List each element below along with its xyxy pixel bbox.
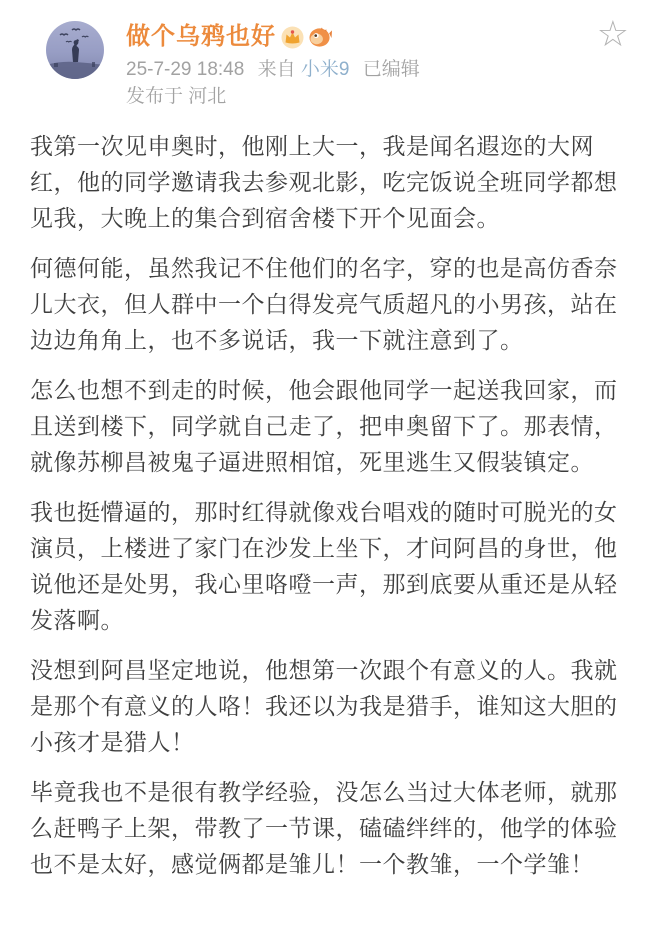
post-paragraph: 何德何能，虽然我记不住他们的名字，穿的也是高仿香奈儿大衣，但人群中一个白得发亮气…: [30, 250, 625, 358]
location-label: 河北: [188, 86, 226, 107]
post-content: 我第一次见申奥时，他刚上大一，我是闻名遐迩的大网红，他的同学邀请我去参观北影，吃…: [0, 108, 653, 882]
device-source-link[interactable]: 小米9: [301, 59, 350, 80]
post-meta: 25-7-29 18:48 来自 小米9 已编辑: [126, 59, 420, 81]
post-location: 发布于 河北: [126, 86, 420, 108]
post-paragraph: 我也挺懵逼的，那时红得就像戏台唱戏的随时可脱光的女演员，上楼进了家门在沙发上坐下…: [30, 494, 625, 638]
from-label: 来自: [258, 59, 296, 80]
pufferfish-emoji-icon: [309, 26, 332, 49]
published-label: 发布于: [126, 86, 183, 107]
post-paragraph: 毕竟我也不是很有教学经验，没怎么当过大体老师，就那么赶鸭子上架，带教了一节课，磕…: [30, 774, 625, 882]
user-avatar[interactable]: [46, 21, 104, 79]
favorite-star-button[interactable]: ☆: [597, 17, 629, 53]
post-paragraph: 怎么也想不到走的时候，他会跟他同学一起送我回家，而且送到楼下，同学就自己走了，把…: [30, 372, 625, 480]
username[interactable]: 做个乌鸦也好: [126, 23, 276, 51]
vip-crown-badge-icon: [281, 26, 304, 49]
weibo-post-page: 做个乌鸦也好: [0, 0, 653, 938]
post-timestamp: 25-7-29 18:48: [126, 59, 244, 80]
post-header-info: 做个乌鸦也好: [126, 21, 420, 108]
username-row: 做个乌鸦也好: [126, 23, 420, 51]
post-header: 做个乌鸦也好: [0, 0, 653, 108]
avatar-image: [46, 21, 104, 79]
post-paragraph: 我第一次见申奥时，他刚上大一，我是闻名遐迩的大网红，他的同学邀请我去参观北影，吃…: [30, 128, 625, 236]
edited-label: 已编辑: [363, 59, 420, 80]
post-paragraph: 没想到阿昌坚定地说，他想第一次跟个有意义的人。我就是那个有意义的人咯！我还以为我…: [30, 652, 625, 760]
